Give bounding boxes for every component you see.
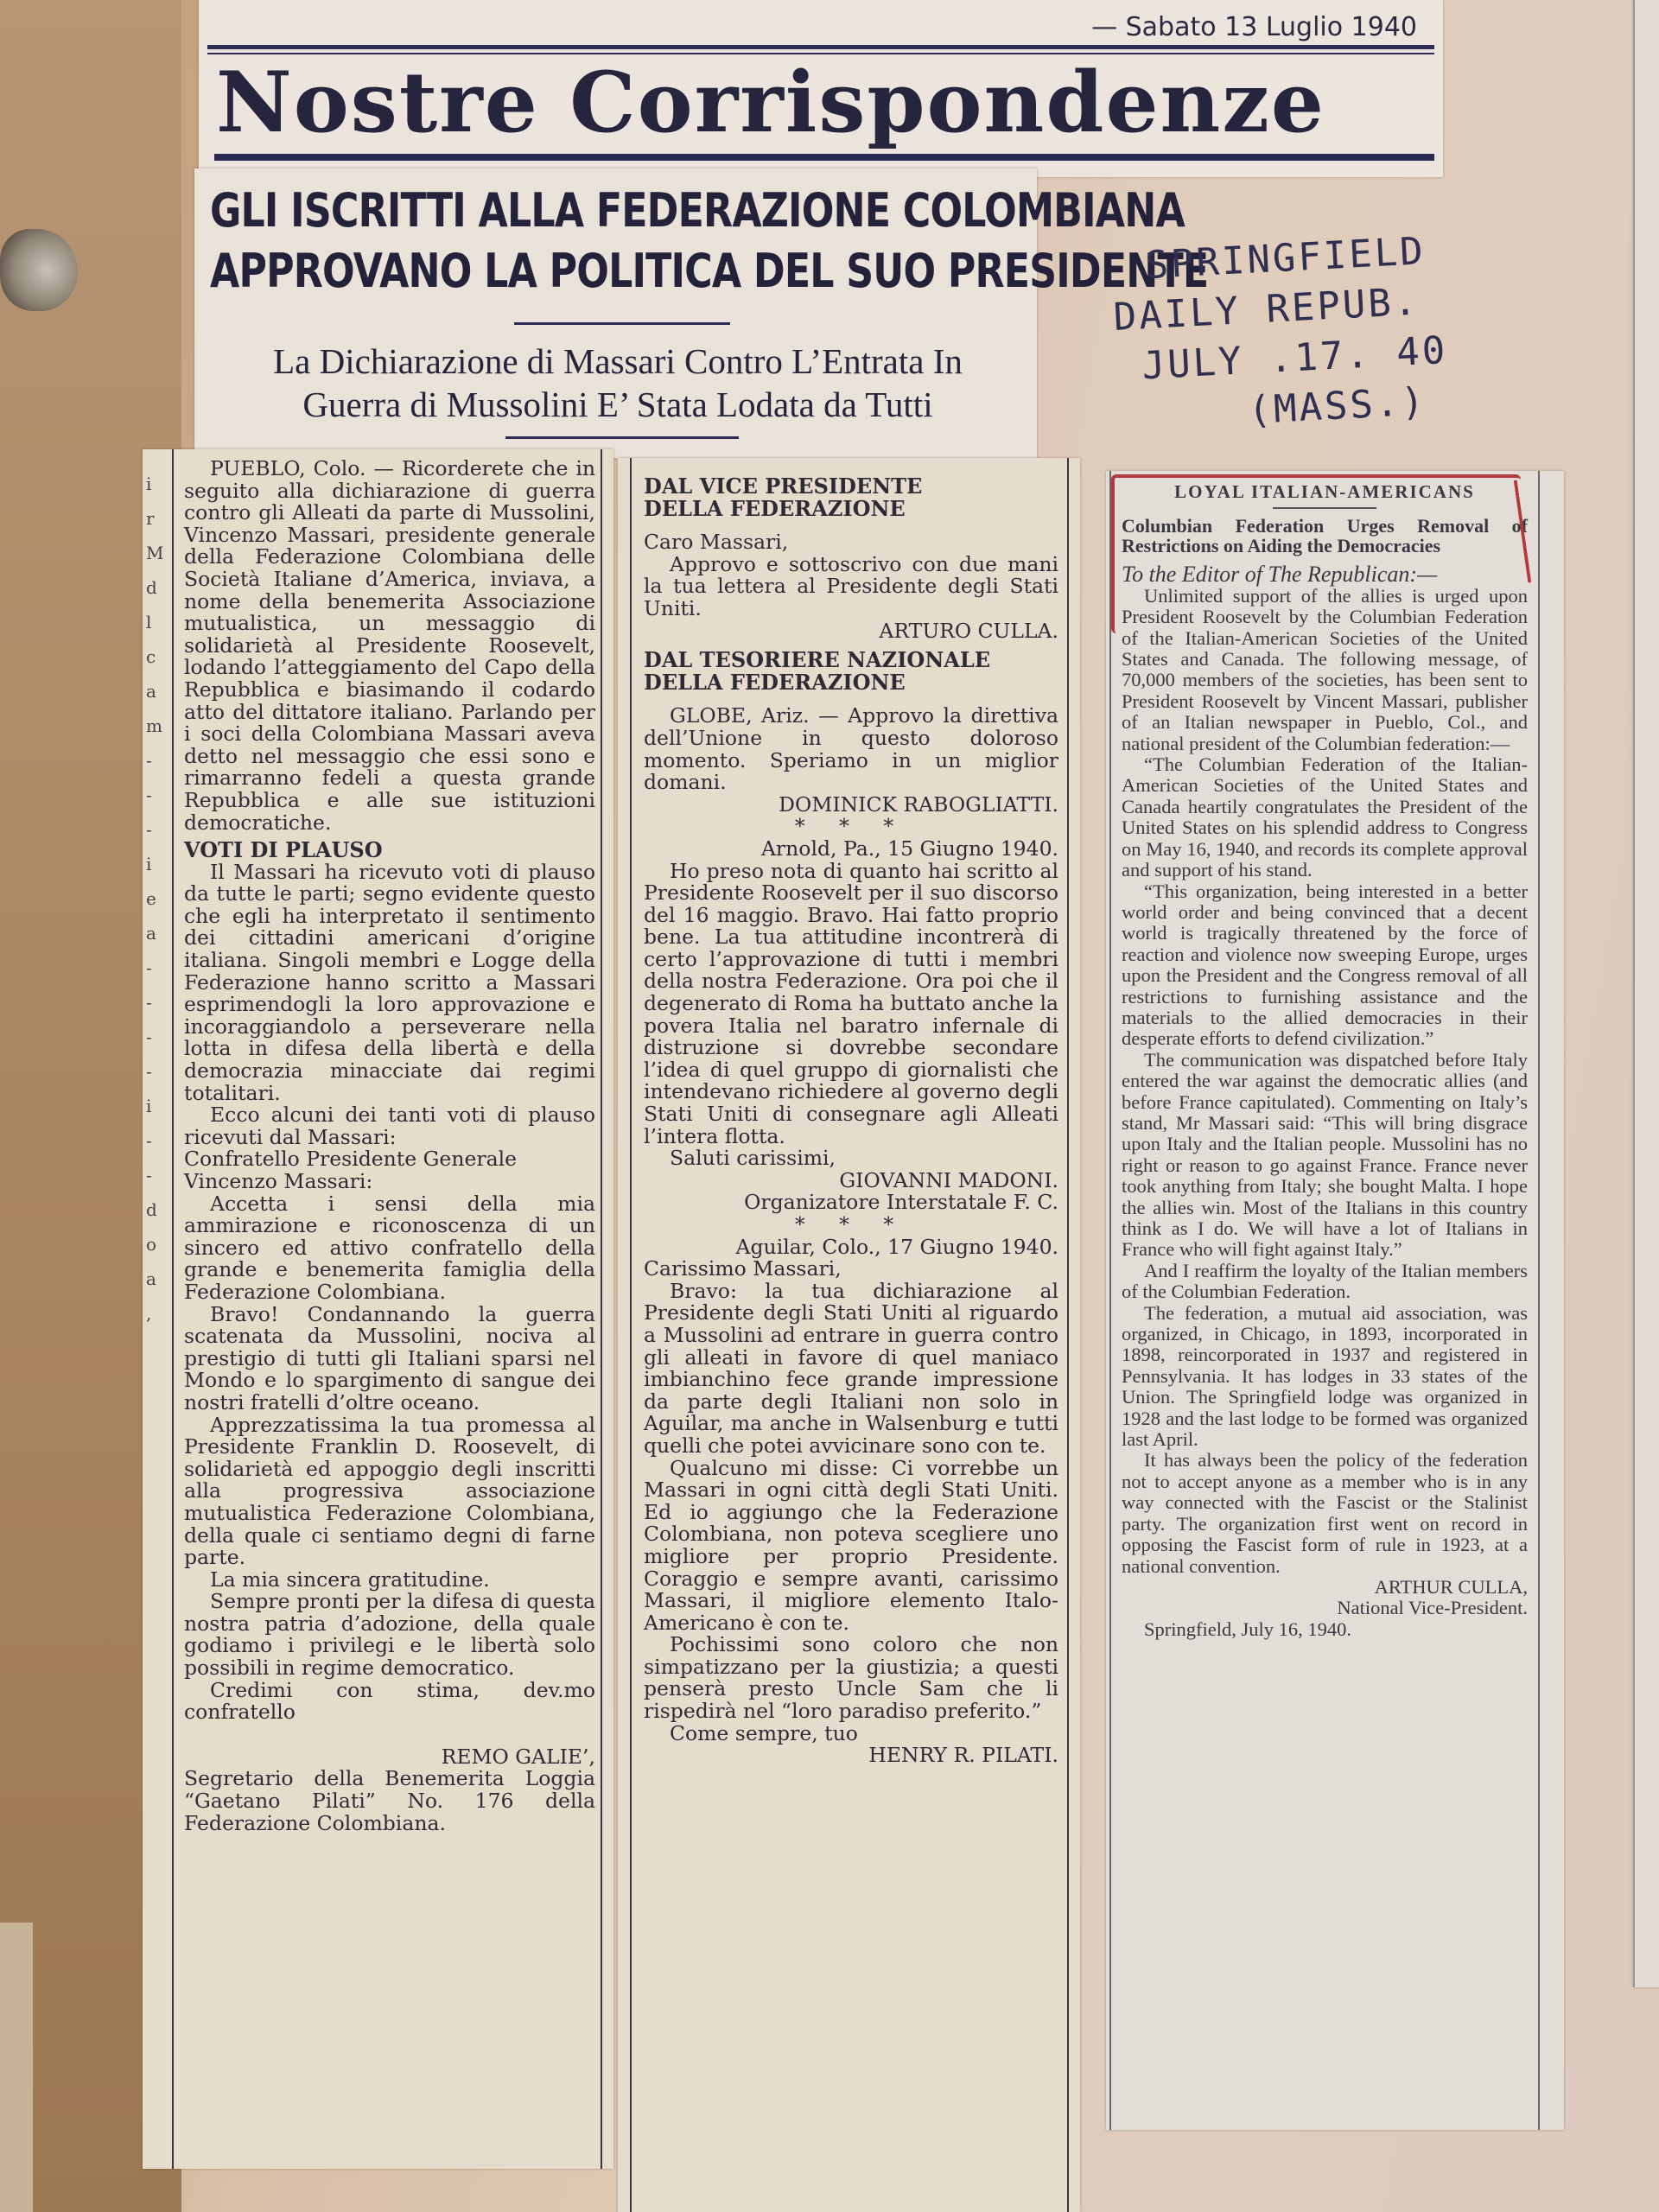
col2-salutation: Caro Massari, <box>644 531 1058 554</box>
headline-line-1: GLI ISCRITTI ALLA FEDERAZIONE COLOMBIANA <box>210 181 883 241</box>
col2-signature: HENRY R. PILATI. <box>644 1745 1058 1767</box>
col2-signature-title: Organizatore Interstatale F. C. <box>644 1192 1058 1214</box>
handwritten-source-note: SPRINGFIELD DAILY REPUB. JULY .17. 40 (M… <box>1109 224 1483 443</box>
col1-paragraph: Apprezzatissima la tua promessa al Presi… <box>184 1414 595 1569</box>
col2-paragraph: Pochissimi sono coloro che non simpatizz… <box>644 1634 1058 1722</box>
deck-rule-top <box>514 322 730 325</box>
column-rule <box>1109 471 1111 2130</box>
column-2-clipping: DAL VICE PRESIDENTE DELLA FEDERAZIONE Ca… <box>618 458 1080 2212</box>
col2-dateline: Aguilar, Colo., 17 Giugno 1940. <box>644 1236 1058 1259</box>
section-separator-stars: * * * <box>644 816 1058 838</box>
deck-line-1: La Dichiarazione di Massari Contro L’Ent… <box>207 340 1028 383</box>
adjacent-clipping-fragment <box>1633 0 1659 1987</box>
column-rule <box>630 458 632 2212</box>
col2-dateline: Arnold, Pa., 15 Giugno 1940. <box>644 838 1058 861</box>
col2-signature: GIOVANNI MADONI. <box>644 1170 1058 1192</box>
col1-signature: REMO GALIE’, <box>184 1746 595 1769</box>
headline-deck: La Dichiarazione di Massari Contro L’Ent… <box>207 340 1028 426</box>
english-signature: ARTHUR CULLA, <box>1122 1577 1528 1598</box>
col2-salutation: Carissimo Massari, <box>644 1258 1058 1281</box>
masthead-bottom-rule <box>214 154 1434 161</box>
col1-salutation: Vincenzo Massari: <box>184 1171 595 1193</box>
deck-rule-bottom <box>505 436 739 439</box>
english-paragraph: “This organization, being interested in … <box>1122 881 1528 1050</box>
masthead-dateline: — Sabato 13 Luglio 1940 <box>1091 12 1417 42</box>
column-rule <box>601 449 602 2169</box>
headline-clipping: GLI ISCRITTI ALLA FEDERAZIONE COLOMBIANA… <box>194 168 1037 458</box>
col2-closing: Come sempre, tuo <box>644 1723 1058 1745</box>
section-separator-stars: * * * <box>644 1214 1058 1236</box>
col1-salutation: Confratello Presidente Generale <box>184 1148 595 1171</box>
col2-paragraph: Approvo e sottoscrivo con due mani la tu… <box>644 554 1058 620</box>
torn-hole <box>0 229 78 311</box>
column-1-clipping: irMdlcam---iea----i--doa, PUEBLO, Colo. … <box>143 449 613 2169</box>
english-paragraph: It has always been the policy of the fed… <box>1122 1450 1528 1576</box>
col1-paragraph: Il Massari ha ricevuto voti di plauso da… <box>184 861 595 1105</box>
headline-line-2: APPROVANO LA POLITICA DEL SUO PRESIDENTE <box>210 241 883 302</box>
column-1-body: PUEBLO, Colo. — Ricorderete che in segui… <box>184 458 595 1834</box>
col1-intro: PUEBLO, Colo. — Ricorderete che in segui… <box>184 458 595 834</box>
col1-subhead: VOTI DI PLAUSO <box>184 839 595 861</box>
col2-paragraph: Ho preso nota di quanto hai scritto al P… <box>644 861 1058 1148</box>
col2-subhead: DELLA FEDERAZIONE <box>644 498 1058 520</box>
column-2-body: DAL VICE PRESIDENTE DELLA FEDERAZIONE Ca… <box>644 470 1058 1767</box>
col1-paragraph: Ecco alcuni dei tanti voti di plauso ric… <box>184 1104 595 1148</box>
col1-paragraph: Bravo! Condannando la guerra scatenata d… <box>184 1304 595 1414</box>
paper-scrap-fragment <box>0 1923 33 2212</box>
col1-paragraph: Sempre pronti per la difesa di questa no… <box>184 1591 595 1679</box>
english-clipping: LOYAL ITALIAN-AMERICANS Columbian Federa… <box>1106 471 1564 2130</box>
col2-subhead: DELLA FEDERAZIONE <box>644 671 1058 694</box>
column-rule <box>1067 458 1069 2212</box>
col2-paragraph: GLOBE, Ariz. — Approvo la direttiva dell… <box>644 705 1058 793</box>
col2-subhead: DAL TESORIERE NAZIONALE <box>644 649 1058 671</box>
col1-paragraph: Credimi con stima, dev.mo confratello <box>184 1680 595 1724</box>
column-rule <box>1538 471 1540 2130</box>
col2-subhead: DAL VICE PRESIDENTE <box>644 475 1058 498</box>
masthead-title: Nostre Corrispondenze <box>216 54 1325 151</box>
col1-signature-title: Segretario della Benemerita Loggia “Gaet… <box>184 1768 595 1834</box>
english-paragraph: And I reaffirm the loyalty of the Italia… <box>1122 1261 1528 1303</box>
english-signature-title: National Vice-President. <box>1122 1598 1528 1618</box>
english-paragraph: The federation, a mutual aid association… <box>1122 1303 1528 1451</box>
col2-closing: Saluti carissimi, <box>644 1147 1058 1170</box>
headline: GLI ISCRITTI ALLA FEDERAZIONE COLOMBIANA… <box>210 181 883 302</box>
masthead-clipping: — Sabato 13 Luglio 1940 Nostre Corrispon… <box>199 0 1443 177</box>
english-paragraph: “The Columbian Federation of the Italian… <box>1122 754 1528 880</box>
col2-paragraph: Qualcuno mi disse: Ci vorrebbe un Massar… <box>644 1458 1058 1635</box>
col2-signature: ARTURO CULLA. <box>644 620 1058 643</box>
cut-column-fragment: irMdlcam---iea----i--doa, <box>146 467 158 1331</box>
col2-signature: DOMINICK RABOGLIATTI. <box>644 794 1058 817</box>
english-paragraph: The communication was dispatched before … <box>1122 1050 1528 1261</box>
english-dateline: Springfield, July 16, 1940. <box>1122 1619 1528 1640</box>
col1-paragraph: La mia sincera gratitudine. <box>184 1569 595 1592</box>
col2-paragraph: Bravo: la tua dichiarazione al President… <box>644 1281 1058 1458</box>
red-pencil-mark <box>1111 474 1521 633</box>
col1-paragraph: Accetta i sensi della mia ammirazione e … <box>184 1193 595 1304</box>
deck-line-2: Guerra di Mussolini E’ Stata Lodata da T… <box>207 383 1028 426</box>
column-rule <box>172 449 174 2169</box>
english-clipping-body: LOYAL ITALIAN-AMERICANS Columbian Federa… <box>1122 481 1528 1640</box>
